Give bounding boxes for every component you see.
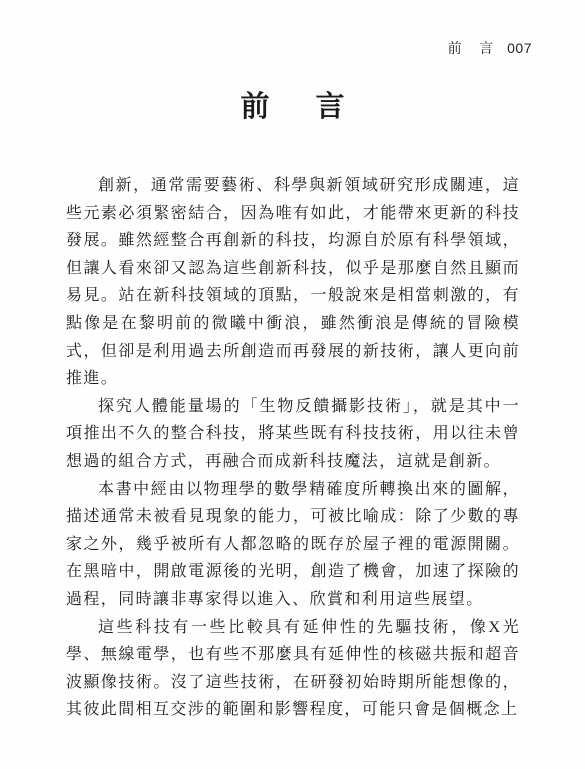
running-header-section-title: 前 言 [448, 38, 501, 58]
chapter-title-char-2: 言 [316, 84, 345, 125]
book-page: 前 言 007 前 言 創新，通常需要藝術、科學與新領域研究形成關連，這些元素必… [0, 0, 585, 769]
paragraph-1: 創新，通常需要藝術、科學與新領域研究形成關連，這些元素必須緊密結合，因為唯有如此… [66, 172, 520, 393]
paragraph-2: 探究人體能量場的「生物反饋攝影技術」，就是其中一項推出不久的整合科技，將某些既有… [66, 393, 520, 476]
paragraph-3: 本書中經由以物理學的數學精確度所轉換出來的圖解，描述通常未被看見現象的能力，可被… [66, 476, 520, 614]
paragraph-4: 這些科技有一些比較具有延伸性的先驅技術，像X光學、無線電學，也有些不那麼具有延伸… [66, 614, 520, 724]
chapter-title: 前 言 [0, 84, 585, 125]
body-text: 創新，通常需要藝術、科學與新領域研究形成關連，這些元素必須緊密結合，因為唯有如此… [66, 172, 520, 724]
chapter-title-char-1: 前 [240, 84, 269, 125]
running-header: 前 言 007 [448, 38, 532, 58]
page-number: 007 [507, 40, 532, 56]
